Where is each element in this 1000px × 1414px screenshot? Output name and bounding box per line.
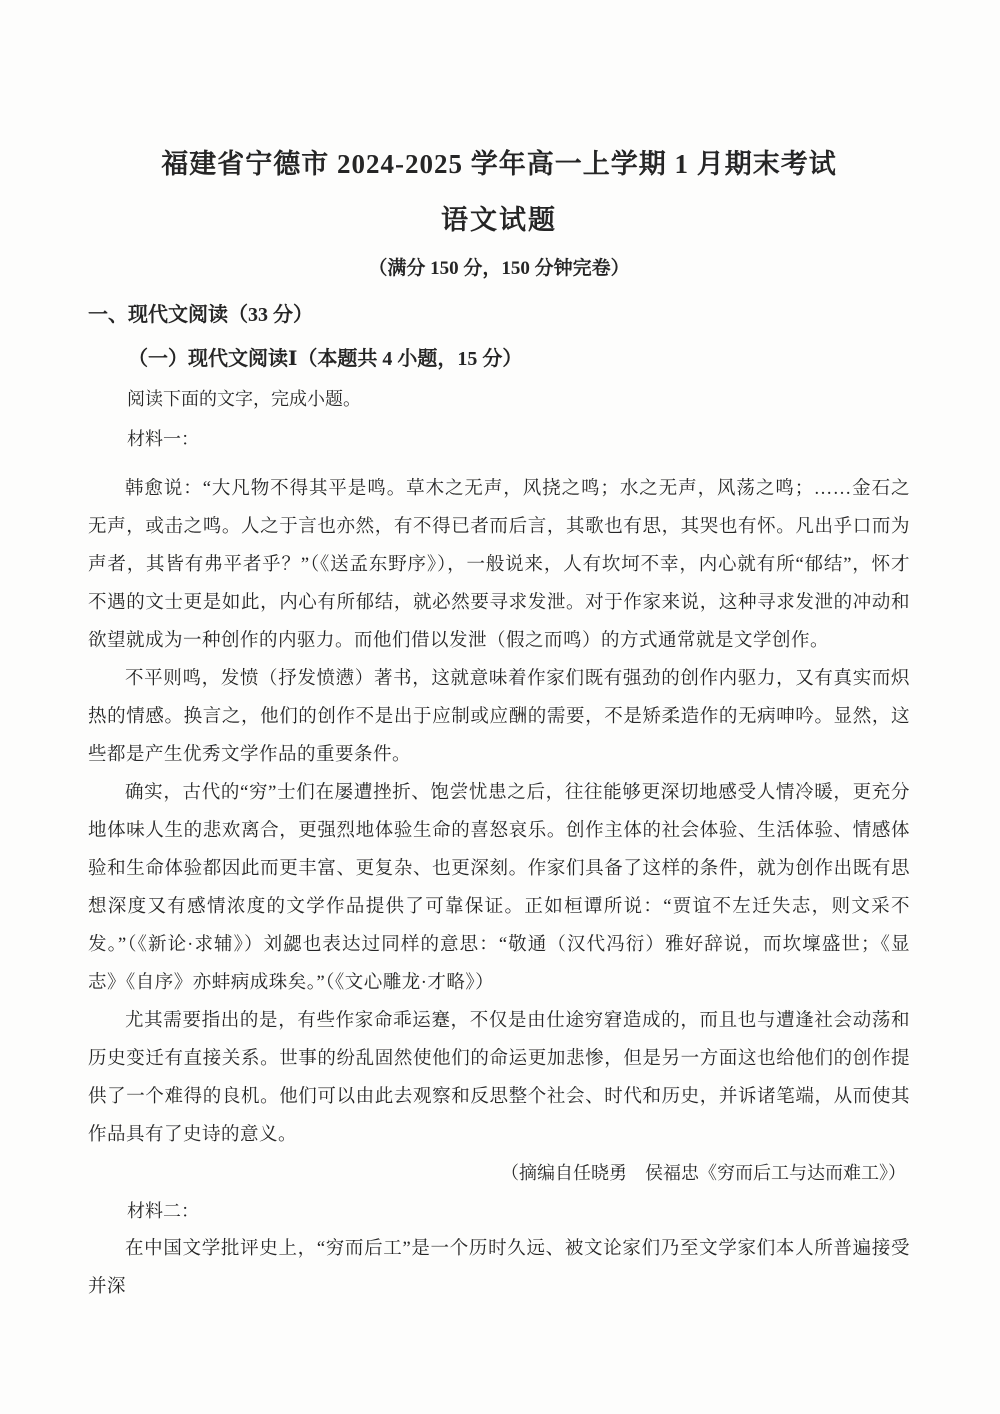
reading-instruction: 阅读下面的文字，完成小题。 bbox=[88, 389, 910, 411]
subsection-heading-reading-one: （一）现代文阅读Ⅰ（本题共 4 小题，15 分） bbox=[88, 347, 910, 371]
material-one-paragraph-2: 不平则鸣，发愤（抒发愤懑）著书，这就意味着作家们既有强劲的创作内驱力，又有真实而… bbox=[88, 660, 910, 774]
exam-paper-page: 福建省宁德市 2024-2025 学年高一上学期 1 月期末考试 语文试题 （满… bbox=[0, 0, 1000, 1414]
material-two-paragraph-1: 在中国文学批评史上，“穷而后工”是一个历时久远、被文论家们乃至文学家们本人所普遍… bbox=[88, 1230, 910, 1306]
exam-subject-title: 语文试题 bbox=[88, 204, 910, 236]
material-one-body: 韩愈说：“大凡物不得其平是鸣。草木之无声，风挠之鸣；水之无声，风荡之鸣；……金石… bbox=[88, 470, 910, 1154]
material-one-paragraph-4: 尤其需要指出的是，有些作家命乖运蹇，不仅是由仕途穷窘造成的，而且也与遭逢社会动荡… bbox=[88, 1002, 910, 1154]
material-one-attribution: （摘编自任晓勇 侯福忠《穷而后工与达而难工》） bbox=[88, 1154, 910, 1192]
material-two-label: 材料二： bbox=[88, 1192, 910, 1230]
exam-score-duration-info: （满分 150 分，150 分钟完卷） bbox=[88, 258, 910, 281]
material-one-label: 材料一： bbox=[88, 429, 910, 451]
section-heading-modern-reading: 一、现代文阅读（33 分） bbox=[88, 303, 910, 327]
material-one-paragraph-3: 确实，古代的“穷”士们在屡遭挫折、饱尝忧患之后，往往能够更深切地感受人情冷暖，更… bbox=[88, 774, 910, 1002]
exam-title: 福建省宁德市 2024-2025 学年高一上学期 1 月期末考试 bbox=[88, 148, 910, 180]
material-one-paragraph-1: 韩愈说：“大凡物不得其平是鸣。草木之无声，风挠之鸣；水之无声，风荡之鸣；……金石… bbox=[88, 470, 910, 660]
material-two-body: 在中国文学批评史上，“穷而后工”是一个历时久远、被文论家们乃至文学家们本人所普遍… bbox=[88, 1230, 910, 1306]
